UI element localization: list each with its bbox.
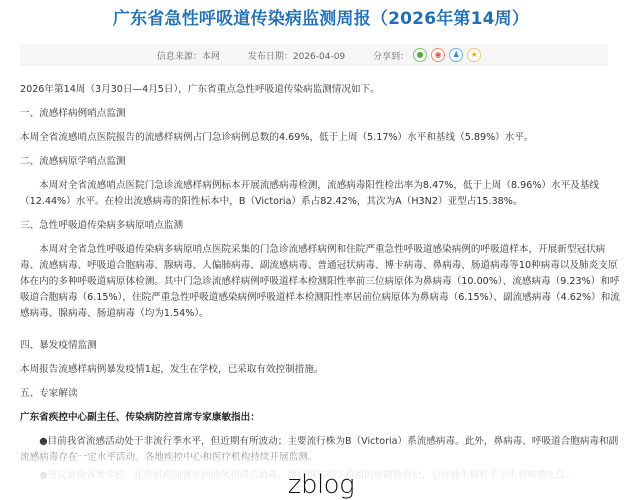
intro-paragraph: 2026年第14周（3月30日—4月5日），广东省重点急性呼吸道传染病监测情况如… [20, 82, 620, 98]
page-title: 广东省急性呼吸道传染病监测周报（2026年第14周） [0, 4, 642, 29]
weibo-icon[interactable]: ◉ [431, 48, 445, 62]
article-meta-bar: 信息来源：本网 发布日期：2026-04-09 分享到： ● ◉ ♟ ★ [20, 44, 608, 66]
section-heading-5: 五、专家解读 [20, 386, 620, 402]
share-group: 分享到： ● ◉ ♟ ★ [373, 48, 485, 62]
wechat-icon[interactable]: ● [413, 48, 427, 62]
section-heading-2: 二、流感病原学哨点监测 [20, 154, 620, 170]
section-heading-3: 三、急性呼吸道传染病多病原哨点监测 [20, 218, 620, 234]
publish-date: 发布日期：2026-04-09 [248, 49, 345, 62]
info-source: 信息来源：本网 [157, 49, 220, 62]
section-body-1: 本周全省流感哨点医院报告的流感样病例占门急诊病例总数的4.69%，低于上周（5.… [20, 130, 620, 146]
section-body-3: 本周对全省急性呼吸道传染病多病原哨点医院采集的门急诊流感样病例和住院严重急性呼吸… [20, 242, 620, 322]
expert-statement: 广东省疾控中心副主任、传染病防控首席专家康敏指出： [20, 410, 620, 426]
watermark: zblog [0, 470, 642, 500]
section-heading-4: 四、暴发疫情监测 [20, 338, 620, 354]
qq-icon[interactable]: ♟ [449, 48, 463, 62]
share-label: 分享到： [373, 49, 409, 62]
section-body-4: 本周报告流感样病例暴发疫情1起，发生在学校，已采取有效控制措施。 [20, 362, 620, 378]
section-body-2: 本周对全省流感哨点医院门急诊流感样病例标本开展流感病毒检测，流感病毒阳性检出率为… [20, 178, 620, 210]
favorite-icon[interactable]: ★ [467, 48, 481, 62]
expert-bullet-1: ●目前我省流感活动处于非流行季水平，但近期有所波动；主要流行株为B（Victor… [20, 434, 620, 466]
section-heading-1: 一、流感样病例哨点监测 [20, 106, 620, 122]
